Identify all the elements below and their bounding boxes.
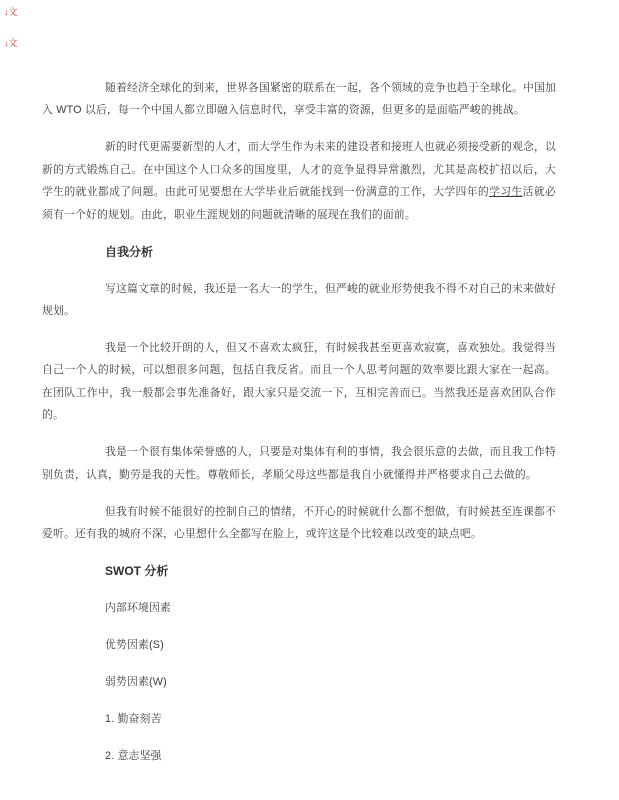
- swot-item-strengths: 优势因素(S): [42, 634, 556, 656]
- paragraph-intro-2: 新的时代更需要新型的人才，而大学生作为未来的建设者和接班人也就必须接受新的观念，…: [42, 136, 556, 226]
- heading-self-analysis: 自我分析: [42, 241, 556, 263]
- broken-glyph-icon: ↓文: [4, 38, 18, 49]
- swot-item-strong-will: 2. 意志坚强: [42, 745, 556, 767]
- heading-swot: SWOT 分析: [42, 560, 556, 582]
- paragraph-self-1: 写这篇文章的时候，我还是一名大一的学生，但严峻的就业形势使我不得不对自己的未来做…: [42, 278, 556, 323]
- paragraph-self-2: 我是一个比较开朗的人，但又不喜欢太疯狂，有时候我甚至更喜欢寂寞，喜欢独处。我觉得…: [42, 337, 556, 427]
- underlined-text: 学习生: [489, 186, 523, 198]
- swot-item-diligent: 1. 勤奋刻苦: [42, 708, 556, 730]
- broken-glyph-icon: ↓文: [4, 7, 18, 18]
- paragraph-self-4: 但我有时候不能很好的控制自己的情绪，不开心的时候就什么都不想做，有时候甚至连课都…: [42, 501, 556, 546]
- document-page: ↓文 ↓文 随着经济全球化的到来，世界各国紧密的联系在一起，各个领域的竞争也趋于…: [0, 0, 619, 800]
- swot-item-internal-factors: 内部环境因素: [42, 597, 556, 619]
- swot-item-weaknesses: 弱势因素(W): [42, 671, 556, 693]
- paragraph-intro-1: 随着经济全球化的到来，世界各国紧密的联系在一起，各个领域的竞争也趋于全球化。中国…: [42, 77, 556, 122]
- paragraph-intro-2-text: 新的时代更需要新型的人才，而大学生作为未来的建设者和接班人也就必须接受新的观念，…: [42, 141, 556, 198]
- document-content: 随着经济全球化的到来，世界各国紧密的联系在一起，各个领域的竞争也趋于全球化。中国…: [0, 0, 556, 767]
- paragraph-self-3: 我是一个很有集体荣誉感的人，只要是对集体有利的事情，我会很乐意的去做，而且我工作…: [42, 441, 556, 486]
